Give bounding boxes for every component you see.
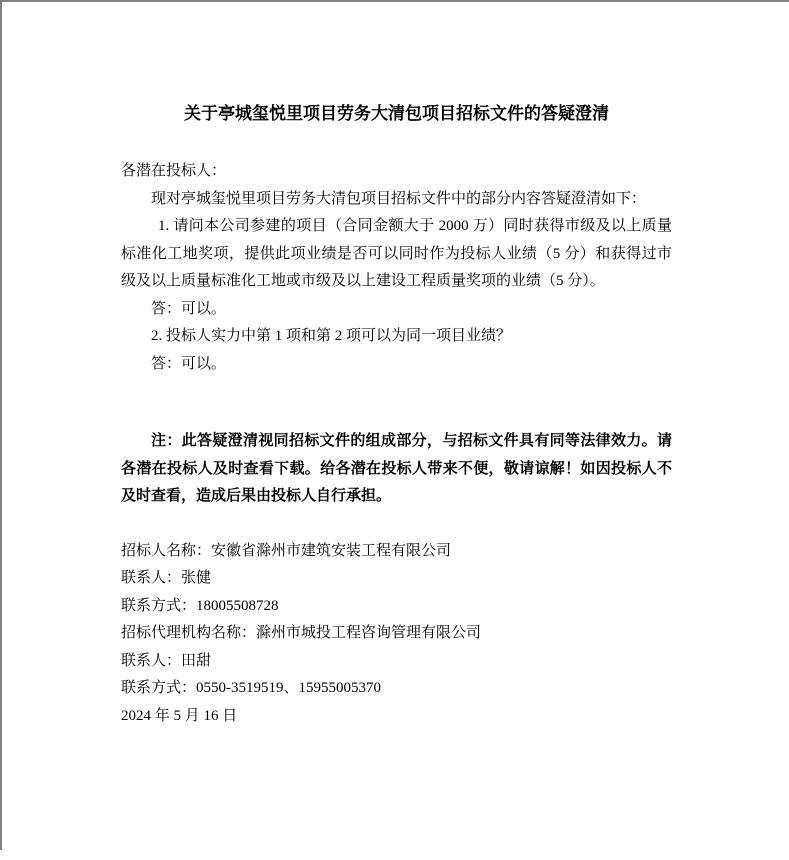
- agency-contact-person-line: 联系人：田甜: [121, 648, 672, 676]
- answer-1: 答：可以。: [121, 296, 672, 324]
- date-line: 2024 年 5 月 16 日: [121, 703, 672, 731]
- intro-line: 现对亭城玺悦里项目劳务大清包项目招标文件中的部分内容答疑澄清如下：: [121, 186, 672, 214]
- question-1: 1. 请问本公司参建的项目（合同金额大于 2000 万）同时获得市级及以上质量标…: [121, 213, 672, 296]
- greeting-line: 各潜在投标人：: [121, 158, 672, 186]
- agency-contact-phone-line: 联系方式：0550-3519519、15955005370: [121, 675, 672, 703]
- contact-block: 招标人名称：安徽省滁州市建筑安装工程有限公司 联系人：张健 联系方式：18005…: [121, 538, 672, 731]
- answer-2: 答：可以。: [121, 351, 672, 379]
- bidder-name-line: 招标人名称：安徽省滁州市建筑安装工程有限公司: [121, 538, 672, 566]
- agency-name-line: 招标代理机构名称：滁州市城投工程咨询管理有限公司: [121, 620, 672, 648]
- bidder-contact-person-line: 联系人：张健: [121, 565, 672, 593]
- document-page: 关于亭城玺悦里项目劳务大清包项目招标文件的答疑澄清 各潜在投标人： 现对亭城玺悦…: [0, 0, 789, 860]
- bidder-contact-phone-line: 联系方式：18005508728: [121, 593, 672, 621]
- question-2: 2. 投标人实力中第 1 项和第 2 项可以为同一项目业绩？: [121, 323, 672, 351]
- document-content: 关于亭城玺悦里项目劳务大清包项目招标文件的答疑澄清 各潜在投标人： 现对亭城玺悦…: [1, 0, 789, 730]
- legal-note: 注：此答疑澄清视同招标文件的组成部分，与招标文件具有同等法律效力。请各潜在投标人…: [121, 428, 672, 511]
- document-title: 关于亭城玺悦里项目劳务大清包项目招标文件的答疑澄清: [121, 0, 672, 126]
